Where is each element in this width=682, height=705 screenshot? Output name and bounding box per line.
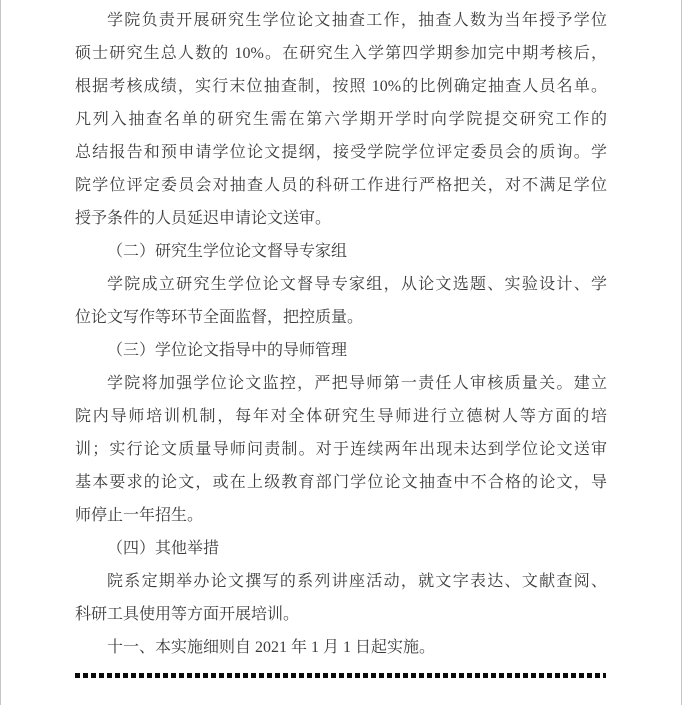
text-line: 院学位评定委员会对抽查人员的科研工作进行严格把关，对不满足学位 — [75, 169, 607, 202]
text-line: 位论文写作等环节全面监督，把控质量。 — [75, 301, 607, 334]
text-line: 学院成立研究生学位论文督导专家组，从论文选题、实验设计、学 — [75, 268, 607, 301]
text-line: 根据考核成绩，实行末位抽查制，按照 10%的比例确定抽查人员名单。 — [75, 70, 607, 103]
text-line: 十一、本实施细则自 2021 年 1 月 1 日起实施。 — [75, 631, 607, 664]
text-line: 师停止一年招生。 — [75, 499, 607, 532]
dashed-separator-line — [75, 673, 606, 678]
text-line: （三）学位论文指导中的导师管理 — [75, 334, 607, 367]
document-body: 学院负责开展研究生学位论文抽查工作，抽查人数为当年授予学位硕士研究生总人数的 1… — [75, 4, 607, 664]
text-line: 基本要求的论文，或在上级教育部门学位论文抽查中不合格的论文，导 — [75, 466, 607, 499]
text-line: 学院负责开展研究生学位论文抽查工作，抽查人数为当年授予学位 — [75, 4, 607, 37]
text-line: 授予条件的人员延迟申请论文送审。 — [75, 202, 607, 235]
text-line: 院系定期举办论文撰写的系列讲座活动，就文字表达、文献查阅、 — [75, 565, 607, 598]
text-line: 学院将加强学位论文监控，严把导师第一责任人审核质量关。建立 — [75, 367, 607, 400]
document-page: 学院负责开展研究生学位论文抽查工作，抽查人数为当年授予学位硕士研究生总人数的 1… — [0, 0, 682, 705]
text-line: 训；实行论文质量导师问责制。对于连续两年出现未达到学位论文送审 — [75, 433, 607, 466]
text-line: 凡列入抽查名单的研究生需在第六学期开学时向学院提交研究工作的 — [75, 103, 607, 136]
text-line: （二）研究生学位论文督导专家组 — [75, 235, 607, 268]
text-line: 总结报告和预申请学位论文提纲，接受学院学位评定委员会的质询。学 — [75, 136, 607, 169]
text-line: 院内导师培训机制，每年对全体研究生导师进行立德树人等方面的培 — [75, 400, 607, 433]
text-line: 硕士研究生总人数的 10%。在研究生入学第四学期参加完中期考核后， — [75, 37, 607, 70]
text-line: 科研工具使用等方面开展培训。 — [75, 598, 607, 631]
text-line: （四）其他举措 — [75, 532, 607, 565]
